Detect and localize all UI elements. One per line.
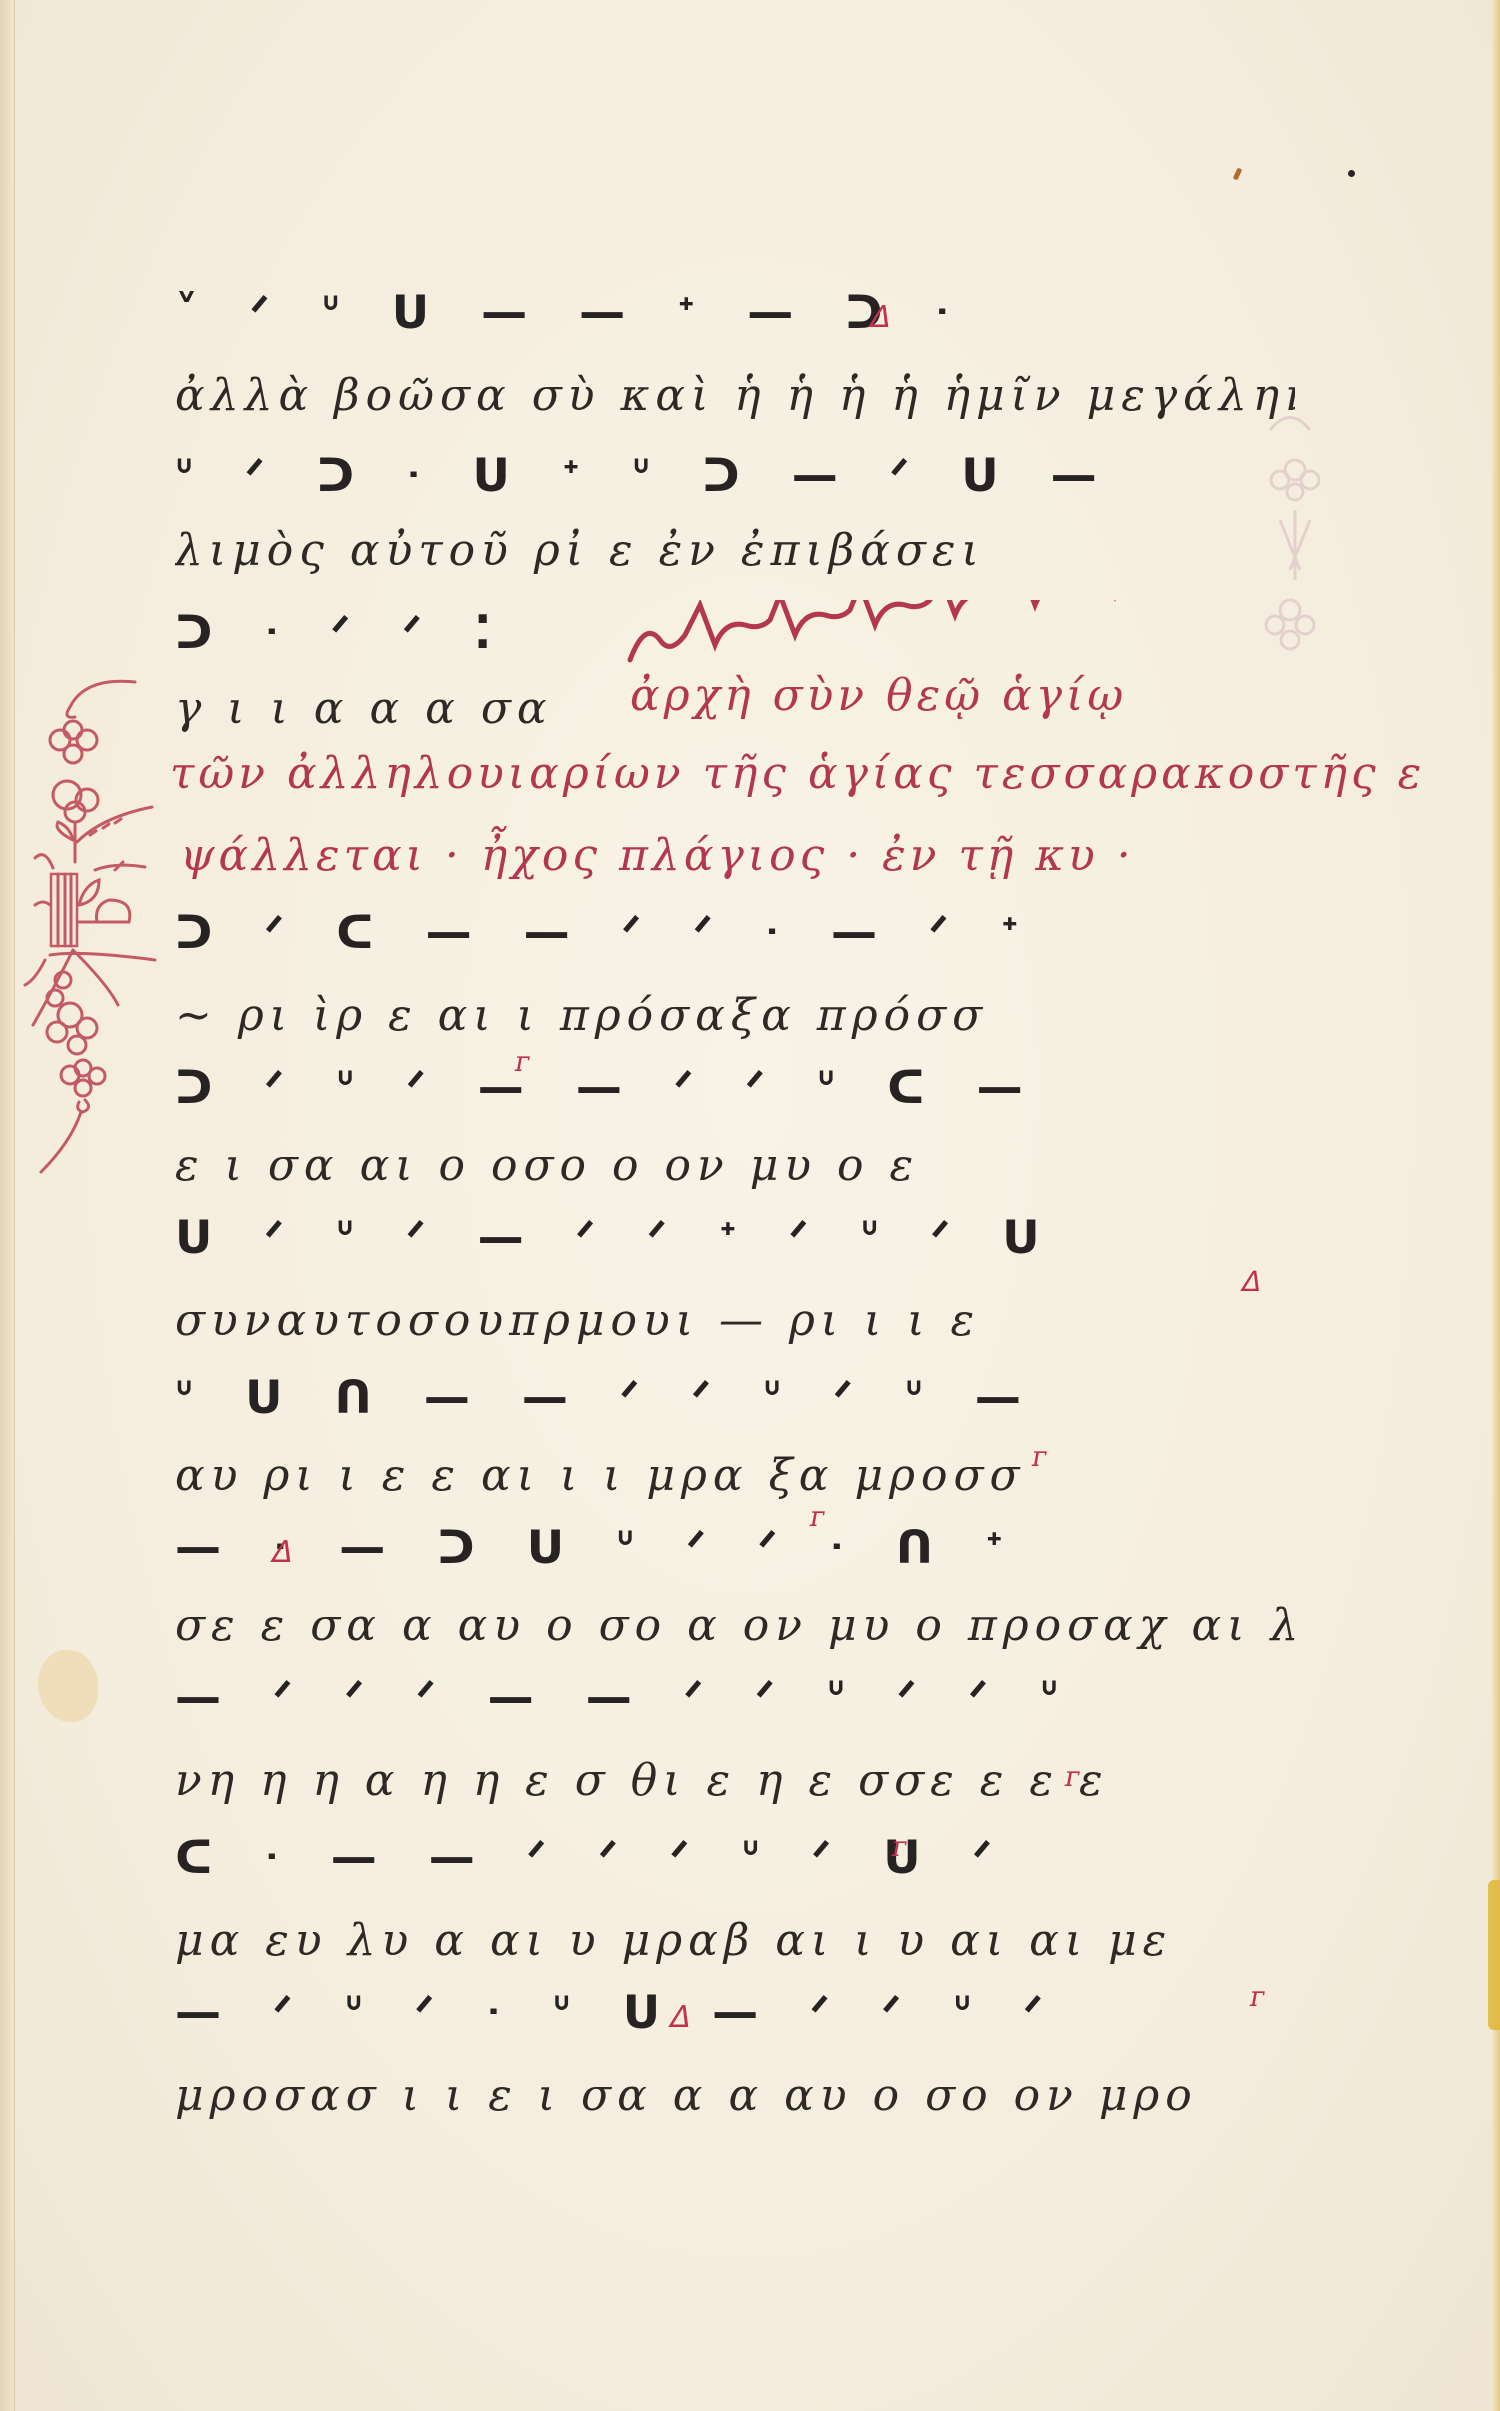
water-stain <box>38 1650 98 1722</box>
neume-line: ᐡ ᐟ ᑐ ᐧ ᑌ ᐩ ᐡ ᑐ — ᐟ ᑌ — <box>175 448 1295 512</box>
neume-line: ᑐ ᐧ ᐟ ᐟ ⁚ <box>175 605 615 669</box>
text-line: μα ευ λυ α αι υ μραβ αι ι υ αι αι με <box>175 1915 1295 1975</box>
floral-cross-ornament-icon <box>15 660 165 1320</box>
red-mark: ᐃ <box>270 1535 295 1570</box>
neume-line-top: ˅ ᐟ ᐡ ᑌ — — ᐩ — ᑐ ᐧ <box>175 285 1295 349</box>
text-line: αυ ρι ι ε ε αι ι ι μρα ξα μροσσ <box>175 1450 1295 1510</box>
red-mark: ᴦ <box>515 1045 534 1078</box>
rubric-line-2: τῶν ἀλληλουιαρίων τῆς ἁγίας τεσσαρακοστῆ… <box>170 748 1425 799</box>
red-mark: ᴦ <box>810 1500 829 1533</box>
red-mark: ᐃ <box>1240 1265 1263 1298</box>
neume-line: ᑕ ᐧ — — ᐟ ᐟ ᐟ ᐡ ᐟ ᑌ ᐟ <box>175 1830 1295 1894</box>
manuscript-page: ˅ ᐟ ᐡ ᑌ — — ᐩ — ᑐ ᐧ ἀλλὰ βοῶσα σὺ καὶ ἡ … <box>0 0 1500 2411</box>
text-line: ε ι σα αι ο οσο ο ον μυ ο ε <box>175 1140 1295 1200</box>
text-line: νη η η α η η ε σ θι ε η ε σσε ε ε ε <box>175 1755 1295 1815</box>
gilt-fore-edge <box>1492 0 1500 2411</box>
text-line: γ ι ι α α α σα <box>175 683 605 743</box>
neume-line: ᐡ ᑌ ᑎ — — ᐟ ᐟ ᐡ ᐟ ᐡ — <box>175 1370 1295 1434</box>
neume-line: — ᐟ ᐡ ᐟ ᐧ ᐡ ᑌ — ᐟ ᐟ ᐡ ᐟ <box>175 1985 1295 2049</box>
text-line: ~ ρι ὶρ ε αι ι πρόσαξα πρόσσ <box>175 990 1295 1050</box>
red-mark: ᴦ <box>892 1830 911 1863</box>
text-line: σε ε σα α αυ ο σο α ον μυ ο προσαχ αι λι… <box>175 1600 1295 1660</box>
red-mark: ᴦ <box>1032 1440 1051 1473</box>
red-mark: ᴦ <box>1250 1980 1269 2013</box>
gilt-edge-stain <box>1488 1880 1500 2030</box>
ink-speck <box>1348 170 1355 177</box>
text-line: συναυτοσουπρμουι — ρι ι ι ε <box>175 1295 1295 1355</box>
red-mark: ᐃ <box>868 300 893 335</box>
neume-line: — ᐟ ᐟ ᐟ — — ᐟ ᐟ ᐡ ᐟ ᐟ ᐡ <box>175 1670 1295 1734</box>
rust-speck <box>1233 168 1243 181</box>
rubric-ornamental-band-icon <box>625 600 1195 670</box>
neume-line: — ᐧ — ᑐ ᑌ ᐡ ᐟ ᐟ ᐧ ᑎ ᐩ <box>175 1520 1295 1584</box>
rubric-line-1: ἀρχὴ σὺν θεῷ ἁγίῳ <box>630 670 1127 721</box>
rubric-line-3: ψάλλεται · ἦχος πλάγιος · ἐν τῇ κυ · <box>180 830 1135 881</box>
text-line: ἀλλὰ βοῶσα σὺ καὶ ἡ ἡ ἡ ἡ ἡμῖν μεγάλην <box>175 370 1295 430</box>
red-mark: ᴦ <box>1065 1760 1084 1793</box>
neume-line: ᑐ ᐟ ᐡ ᐟ — — ᐟ ᐟ ᐡ ᑕ — <box>175 1060 1295 1124</box>
text-line: λιμὸς αὐτοῦ ρἰ ε ἐν ἐπιβάσει <box>175 525 1295 585</box>
neume-line: ᑌ ᐟ ᐡ ᐟ — ᐟ ᐟ ᐩ ᐟ ᐡ ᐟ ᑌ <box>175 1210 1295 1274</box>
binding-gutter <box>0 0 15 2411</box>
text-line: μροσασ ι ι ε ι σα α α αυ ο σο ον μρο <box>175 2070 1295 2130</box>
red-mark: ᐃ <box>668 2000 693 2035</box>
neume-line: ᑐ ᐟ ᑕ — — ᐟ ᐟ ᐧ — ᐟ ᐩ <box>175 905 1295 969</box>
